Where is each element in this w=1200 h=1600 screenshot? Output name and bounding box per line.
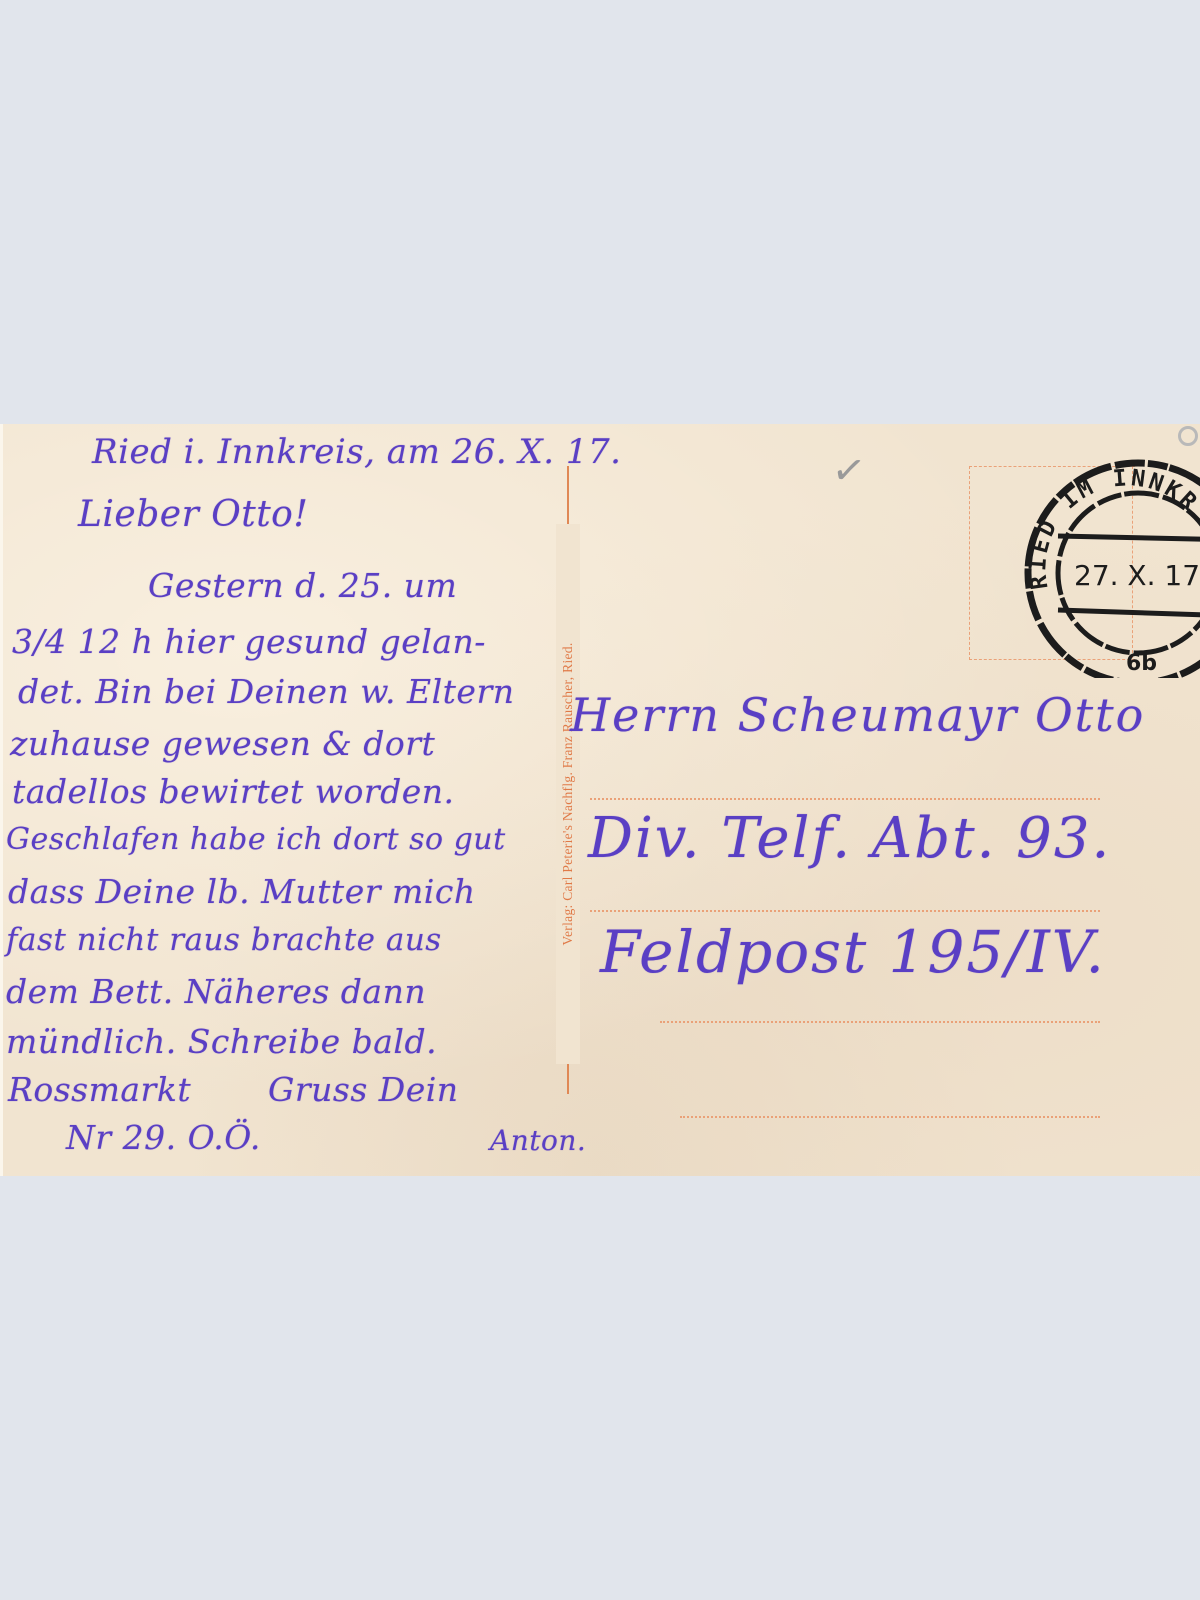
place-date: Ried i. Innkreis, am 26. X. 17. [92,432,621,472]
message-line: Nr 29. O.Ö. [66,1118,261,1157]
address-recipient: Herrn Scheumayr Otto [570,688,1145,742]
postcard-back: Ried i. Innkreis, am 26. X. 17. Lieber O… [0,424,1200,1176]
signature: Anton. [490,1124,586,1157]
message-line: Geschlafen habe ich dort so gut [6,822,506,857]
message-line: dass Deine lb. Mutter mich [8,872,476,911]
postmark-date: 27. X. 17 VI- [1074,559,1200,592]
address-unit: Div. Telf. Abt. 93. [588,806,1111,871]
address-rule [590,910,1100,912]
corner-mark [1178,426,1198,446]
postmark-icon: RIED IM INNKR 27. X. 17 VI- 6b [1008,448,1200,678]
postmark-code: 6b [1126,651,1157,676]
message-line: fast nicht raus brachte aus [6,922,442,958]
message-line: zuhause gewesen & dort [10,724,435,763]
salutation: Lieber Otto! [78,494,308,535]
message-line: Rossmarkt Gruss Dein [8,1070,459,1109]
message-line: tadellos bewirtet worden. [12,772,455,811]
address-feldpost: Feldpost 195/IV. [600,918,1106,986]
message-line: 3/4 12 h hier gesund gelan- [12,622,486,661]
address-rule [590,798,1100,800]
checkmark-icon: ✓ [829,446,869,496]
message-line: Gestern d. 25. um [148,566,457,605]
message-line: det. Bin bei Deinen w. Eltern [18,672,514,711]
message-line: mündlich. Schreibe bald. [6,1022,437,1061]
address-rule [680,1116,1100,1118]
address-rule [660,1021,1100,1023]
message-line: dem Bett. Näheres dann [6,972,426,1011]
